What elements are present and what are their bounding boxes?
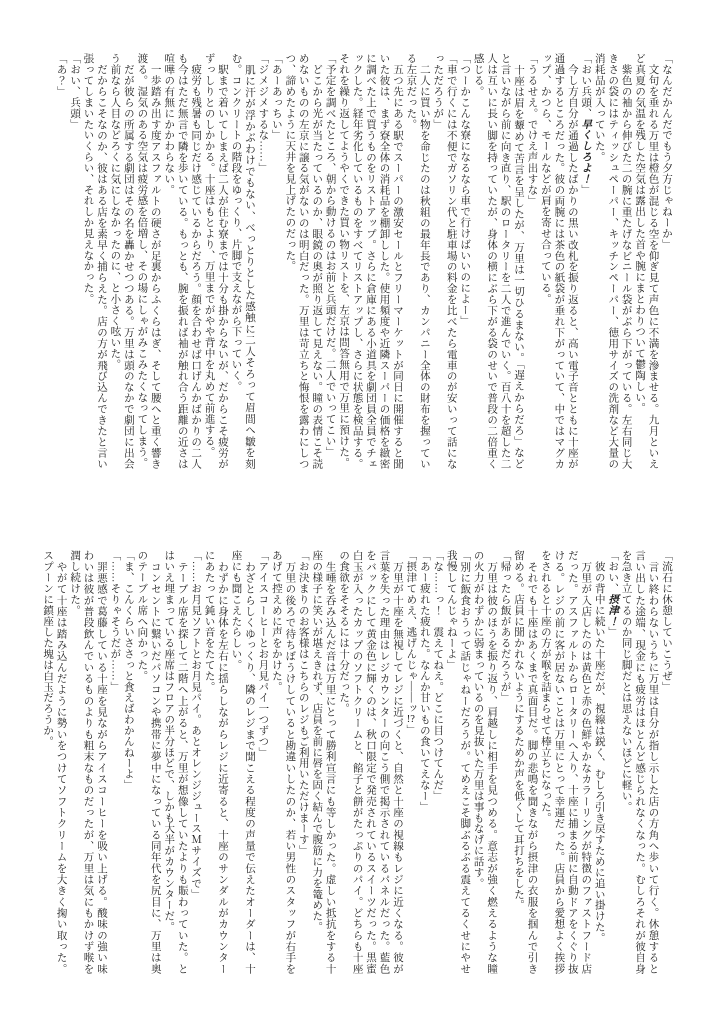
- scene-block-2: 「流石に休憩していこうぜ」 言い終わらないうちに万里は自分が指し示した店の方角へ…: [41, 550, 673, 974]
- paragraph: 「おい、摂津！」: [606, 550, 619, 974]
- paragraph: コンセントに繋いだパソコンや携帯に夢中になっている同年代を尻目に、万里は奥のテー…: [135, 550, 162, 974]
- text-run: 彼の背中に続いた十座だが、視線は鋭く、むしろ引き戻すために追い掛けた。: [594, 550, 605, 943]
- text-run: だからこそなのか、彼はある店を素早く捕らえた。店の方が飛び込んできたと言い張って…: [83, 53, 107, 469]
- text-run: 「お決まりのお客様はこちらのレジもご利用いただけまーす」: [298, 550, 309, 856]
- text-run: 紫色の袖から伸びた二の腕に重たげなビニール袋がぶら下がっている。左右同じ大きさの…: [594, 53, 632, 469]
- paragraph: どこから光が当たっているのか、眼鏡の奥が照り返して見えない。瞳の表情こそ読めない…: [283, 53, 323, 469]
- paragraph: 紫色の袖から伸びた二の腕に重たげなビニール袋がぶら下がっている。左右同じ大きさの…: [592, 53, 632, 469]
- paragraph: 「うるせえ。でけえ声出すな」: [525, 53, 538, 469]
- text-run: 五つ先にある駅でスーパーの激安セールとフリーマーケットが同日に開催すると聞いた彼…: [338, 53, 403, 469]
- emphasized-text: 摂津！: [607, 594, 618, 627]
- text-run: 十座は眉を顰めて苦言を呈したが、万里は一切ひるまない。「遅えからだろ」などと言い…: [473, 53, 524, 469]
- text-run: 「ジメジメするな……」: [257, 53, 268, 173]
- paragraph: それでも十座はあくまで真面目だ。脚の悲鳴を聞きながら摂津の衣服を掴んで引き留める…: [512, 550, 539, 974]
- tatechuyoko-text: !?: [405, 714, 416, 725]
- text-run: 「あ？」: [56, 53, 67, 97]
- paragraph: 疲労も残暑も同じだけ感じているからだろう。顔を合わせば口げんかばかりの二人も今は…: [162, 53, 202, 469]
- paragraph: 「なんだかんだでもう夕方じゃねーか」: [660, 53, 673, 469]
- paragraph: 「アイスコーヒーとお月見パイ一つずつ」: [256, 550, 269, 974]
- paragraph: 「ジメジメするな……」: [256, 53, 269, 469]
- text-run: 文句を垂れる万里は橙色が混じる空を仰ぎ見て声色に不満を滲ませる。九月といえど真夏…: [634, 53, 658, 469]
- text-run: どこから光が当たっているのか、眼鏡の奥が照り返して見えない。瞳の表情こそ読めない…: [284, 53, 322, 469]
- paragraph: 万里は彼のほうを振り返り、肩越しに相手を見つめる。意志が強く燃えるような瞳の火力…: [471, 550, 498, 974]
- text-run: 「おい、兵頭」: [69, 53, 80, 129]
- text-run: 「流石に休憩していこうぜ」: [661, 550, 672, 692]
- text-run: 「予定を調べたところ、朝から動けるのはお前と兵頭だけだ。二人でいってこい」: [325, 53, 336, 457]
- novel-page: 「なんだかんだでもう夕方じゃねーか」 文句を垂れる万里は橙色が混じる空を仰ぎ見て…: [0, 0, 706, 1024]
- paragraph: 万里が入店したのは黄色と赤の色鮮やかなカラーリングが特徴のファストフード店だった…: [538, 550, 592, 974]
- paragraph: 「おい、兵頭」: [68, 53, 81, 469]
- paragraph: 五つ先にある駅でスーパーの激安セールとフリーマーケットが同日に開催すると聞いた彼…: [337, 53, 404, 469]
- paragraph: 「ま、こんくらいささっと食えばわかんねーよ」: [121, 550, 134, 974]
- paragraph: 「……そりゃそうだが……」: [108, 550, 121, 974]
- paragraph: 「車で行くには不便でガソリン代と駐車場の料金を比べたら電車のが安いって話になった…: [431, 53, 458, 469]
- text-run: 」: [405, 724, 416, 735]
- text-run: 「あー疲れた疲れた。なんか甘いもの食いてえなー」: [419, 550, 430, 812]
- text-run: 」: [607, 626, 618, 637]
- text-run: 「摂津てめえ、逃げんじゃ――ッ: [405, 550, 416, 714]
- text-run: だが彼らの所属する劇団はその名を轟かせつつある。万里は頭のなかで劇団に出会う前な…: [109, 53, 133, 469]
- paragraph: 「な……っ！ 震えてねえ。どこに目つけてんだ」: [431, 550, 444, 974]
- text-run: 罪悪感で葛藤している十座を見ながらアイスコーヒーを吸い上げる。酸味の強い味わいは…: [69, 550, 107, 974]
- text-run: 万里の後ろで待ちぼうけしていると勘違いしたのか、若い男性のスタッフが右手をあげて…: [271, 550, 295, 974]
- paragraph: 二人に買い物を命じたのは秋組の最年長であり、カンパニー全体の財布を握っている左京…: [404, 53, 431, 469]
- text-run: 万里が十座を無視してレジに近づくと、自然と十座の視線もレジに近くなる。彼が言葉を…: [338, 550, 403, 974]
- paragraph: 「流石に休憩していこうぜ」: [660, 550, 673, 974]
- text-run: 二人に買い物を命じたのは秋組の最年長であり、カンパニー全体の財布を握っている左京…: [405, 53, 429, 469]
- paragraph: やがて十座は踏み込んだように勢いをつけてソフトクリームを大きく掬い取った。スプー…: [41, 550, 68, 974]
- paragraph: だが彼らの所属する劇団はその名を轟かせつつある。万里は頭のなかで劇団に出会う前な…: [108, 53, 135, 469]
- paragraph: 文句を垂れる万里は橙色が混じる空を仰ぎ見て声色に不満を滲ませる。九月といえど真夏…: [633, 53, 660, 469]
- text-run: 万里が入店したのは黄色と赤の色鮮やかなカラーリングが特徴のファストフード店だった…: [540, 550, 591, 974]
- text-run: 「つーかこんな寮になるなら車で行けばいいのによー」: [459, 53, 470, 326]
- paragraph: 生唾を呑み込んだ音は万里にとって勝利宣言にも等しかった。虚しい抵抗をする十座の様…: [310, 550, 337, 974]
- paragraph: 「あ？」: [54, 53, 67, 469]
- paragraph: テーブル席を探して二階へ上がると、万里が想像していたよりも賑わっていた。とはいえ…: [162, 550, 189, 974]
- paragraph: わずかに身体を左右に揺らしながらレジに近寄ると、十座のサンダルがカウンターにあた…: [202, 550, 229, 974]
- paragraph: 「おい兵頭、早くしろよ！」: [579, 53, 592, 469]
- text-run: わずかに身体を左右に揺らしながらレジに近寄ると、十座のサンダルがカウンターにあた…: [204, 550, 228, 974]
- paragraph: 万里の後ろで待ちぼうけしていると勘違いしたのか、若い男性のスタッフが右手をあげて…: [269, 550, 296, 974]
- paragraph: 「摂津てめえ、逃げんじゃ――ッ!?」: [404, 550, 417, 974]
- text-run: 「……そりゃそうだが……」: [109, 550, 120, 692]
- text-run: 「あーあっちい」: [271, 53, 282, 140]
- text-run: 「アイスコーヒーとお月見パイ一つずつ」: [257, 550, 268, 757]
- paragraph: 一歩踏み出す度アスファルトの硬さが足裏からふくらはぎ、そして腰へと重く響き渡る。…: [135, 53, 162, 469]
- text-run: コンセントに繋いだパソコンや携帯に夢中になっている同年代を尻目に、万里は奥のテー…: [136, 550, 160, 974]
- paragraph: 「つーかこんな寮になるなら車で行けばいいのによー」: [458, 53, 471, 469]
- paragraph: 「あーあっちい」: [269, 53, 282, 469]
- paragraph: 今し方自分が通過したばかりの黒い改札を振り返ると、高い電子音とともに十座が通過す…: [538, 53, 578, 469]
- text-run: テーブル席を探して二階へ上がると、万里が想像していたよりも賑わっていた。とはいえ…: [163, 550, 187, 974]
- text-run: 万里は彼のほうを振り返り、肩越しに相手を見つめる。意志が強く燃えるような瞳の火力…: [473, 550, 497, 974]
- paragraph: 彼の背中に続いた十座だが、視線は鋭く、むしろ引き戻すために追い掛けた。: [592, 550, 605, 974]
- text-run: 「なんだかんだでもう夕方じゃねーか」: [661, 53, 672, 250]
- text-run: わざとらしくゆっくり、隣のレジまで聞こえる程度の声量で伝えたオーダーは、十座にも…: [231, 550, 255, 974]
- paragraph: 罪悪感で葛藤している十座を見ながらアイスコーヒーを吸い上げる。酸味の強い味わいは…: [68, 550, 108, 974]
- paragraph: 「……お月見ソフトとお月見パイ。あとオレンジジュースＭサイズで」: [189, 550, 202, 974]
- emphasized-text: 早くしろよ！: [580, 119, 591, 185]
- text-run: 「ま、こんくらいささっと食えばわかんねーよ」: [123, 550, 134, 790]
- paragraph: 十座は眉を顰めて苦言を呈したが、万里は一切ひるまない。「遅えからだろ」などと言い…: [471, 53, 525, 469]
- text-run: 」: [580, 184, 591, 195]
- text-run: 「おい、: [607, 550, 618, 594]
- paragraph: 「予定を調べたところ、朝から動けるのはお前と兵頭だけだ。二人でいってこい」: [323, 53, 336, 469]
- paragraph: 駅まで着いてしまえば二人が住む寮までは十分も掛からないが、だからこそ疲労がずっし…: [202, 53, 229, 469]
- text-run: 「車で行くには不便でガソリン代と駐車場の料金を比べたら電車のが安いって話になった…: [432, 53, 456, 469]
- paragraph: 万里が十座を無視してレジに近づくと、自然と十座の視線もレジに近くなる。彼が言葉を…: [337, 550, 404, 974]
- paragraph: 言い終わらないうちに万里は自分が指し示した店の方角へ歩いて行く。休憩すると言い出…: [619, 550, 659, 974]
- paragraph: 「別に飯食おうって話じゃねーだろうが。てめえこそ脚ぶるぶる震えてるくせにやせ我慢…: [444, 550, 471, 974]
- text-run: 「別に飯食おうって話じゃねーだろうが。てめえこそ脚ぶるぶる震えてるくせにやせ我慢…: [446, 550, 470, 974]
- text-run: 「な……っ！ 震えてねえ。どこに目つけてんだ」: [432, 550, 443, 801]
- text-run: それでも十座はあくまで真面目だ。脚の悲鳴を聞きながら摂津の衣服を掴んで引き留める…: [513, 550, 537, 974]
- scene-block-1: 「なんだかんだでもう夕方じゃねーか」 文句を垂れる万里は橙色が混じる空を仰ぎ見て…: [54, 53, 673, 469]
- text-run: 今し方自分が通過したばかりの黒い改札を振り返ると、高い電子音とともに十座が通過す…: [540, 53, 578, 469]
- text-run: 生唾を呑み込んだ音は万里にとって勝利宣言にも等しかった。虚しい抵抗をする十座の様…: [311, 550, 335, 974]
- text-run: 肌に汗が浮かぶわけでもない、べっとりとした感触に二人そろって眉間へ皺を刻む。コン…: [231, 53, 255, 469]
- text-run: やがて十座は踏み込んだように勢いをつけてソフトクリームを大きく掬い取った。スプー…: [42, 550, 66, 974]
- text-run: 駅まで着いてしまえば二人が住む寮までは十分も掛からないが、だからこそ疲労がずっし…: [204, 53, 228, 469]
- paragraph: 肌に汗が浮かぶわけでもない、べっとりとした感触に二人そろって眉間へ皺を刻む。コン…: [229, 53, 256, 469]
- paragraph: 「あー疲れた疲れた。なんか甘いもの食いてえなー」: [417, 550, 430, 974]
- paragraph: だからこそなのか、彼はある店を素早く捕らえた。店の方が飛び込んできたと言い張って…: [81, 53, 108, 469]
- text-run: 「帰ったら飯があるだろうが」: [500, 550, 511, 703]
- text-run: 「うるせえ。でけえ声出すな」: [526, 53, 537, 206]
- text-run: 「おい兵頭、: [580, 53, 591, 119]
- text-run: 言い終わらないうちに万里は自分が指し示した店の方角へ歩いて行く。休憩すると言い出…: [621, 550, 659, 974]
- text-run: 「……お月見ソフトとお月見パイ。あとオレンジジュースＭサイズで」: [190, 550, 201, 899]
- paragraph: 「帰ったら飯があるだろうが」: [498, 550, 511, 974]
- text-run: 疲労も残暑も同じだけ感じているからだろう。顔を合わせば口げんかばかりの二人も今は…: [163, 53, 201, 469]
- paragraph: 「お決まりのお客様はこちらのレジもご利用いただけまーす」: [296, 550, 309, 974]
- paragraph: わざとらしくゆっくり、隣のレジまで聞こえる程度の声量で伝えたオーダーは、十座にも…: [229, 550, 256, 974]
- text-run: 一歩踏み出す度アスファルトの硬さが足裏からふくらはぎ、そして腰へと重く響き渡る。…: [136, 53, 160, 469]
